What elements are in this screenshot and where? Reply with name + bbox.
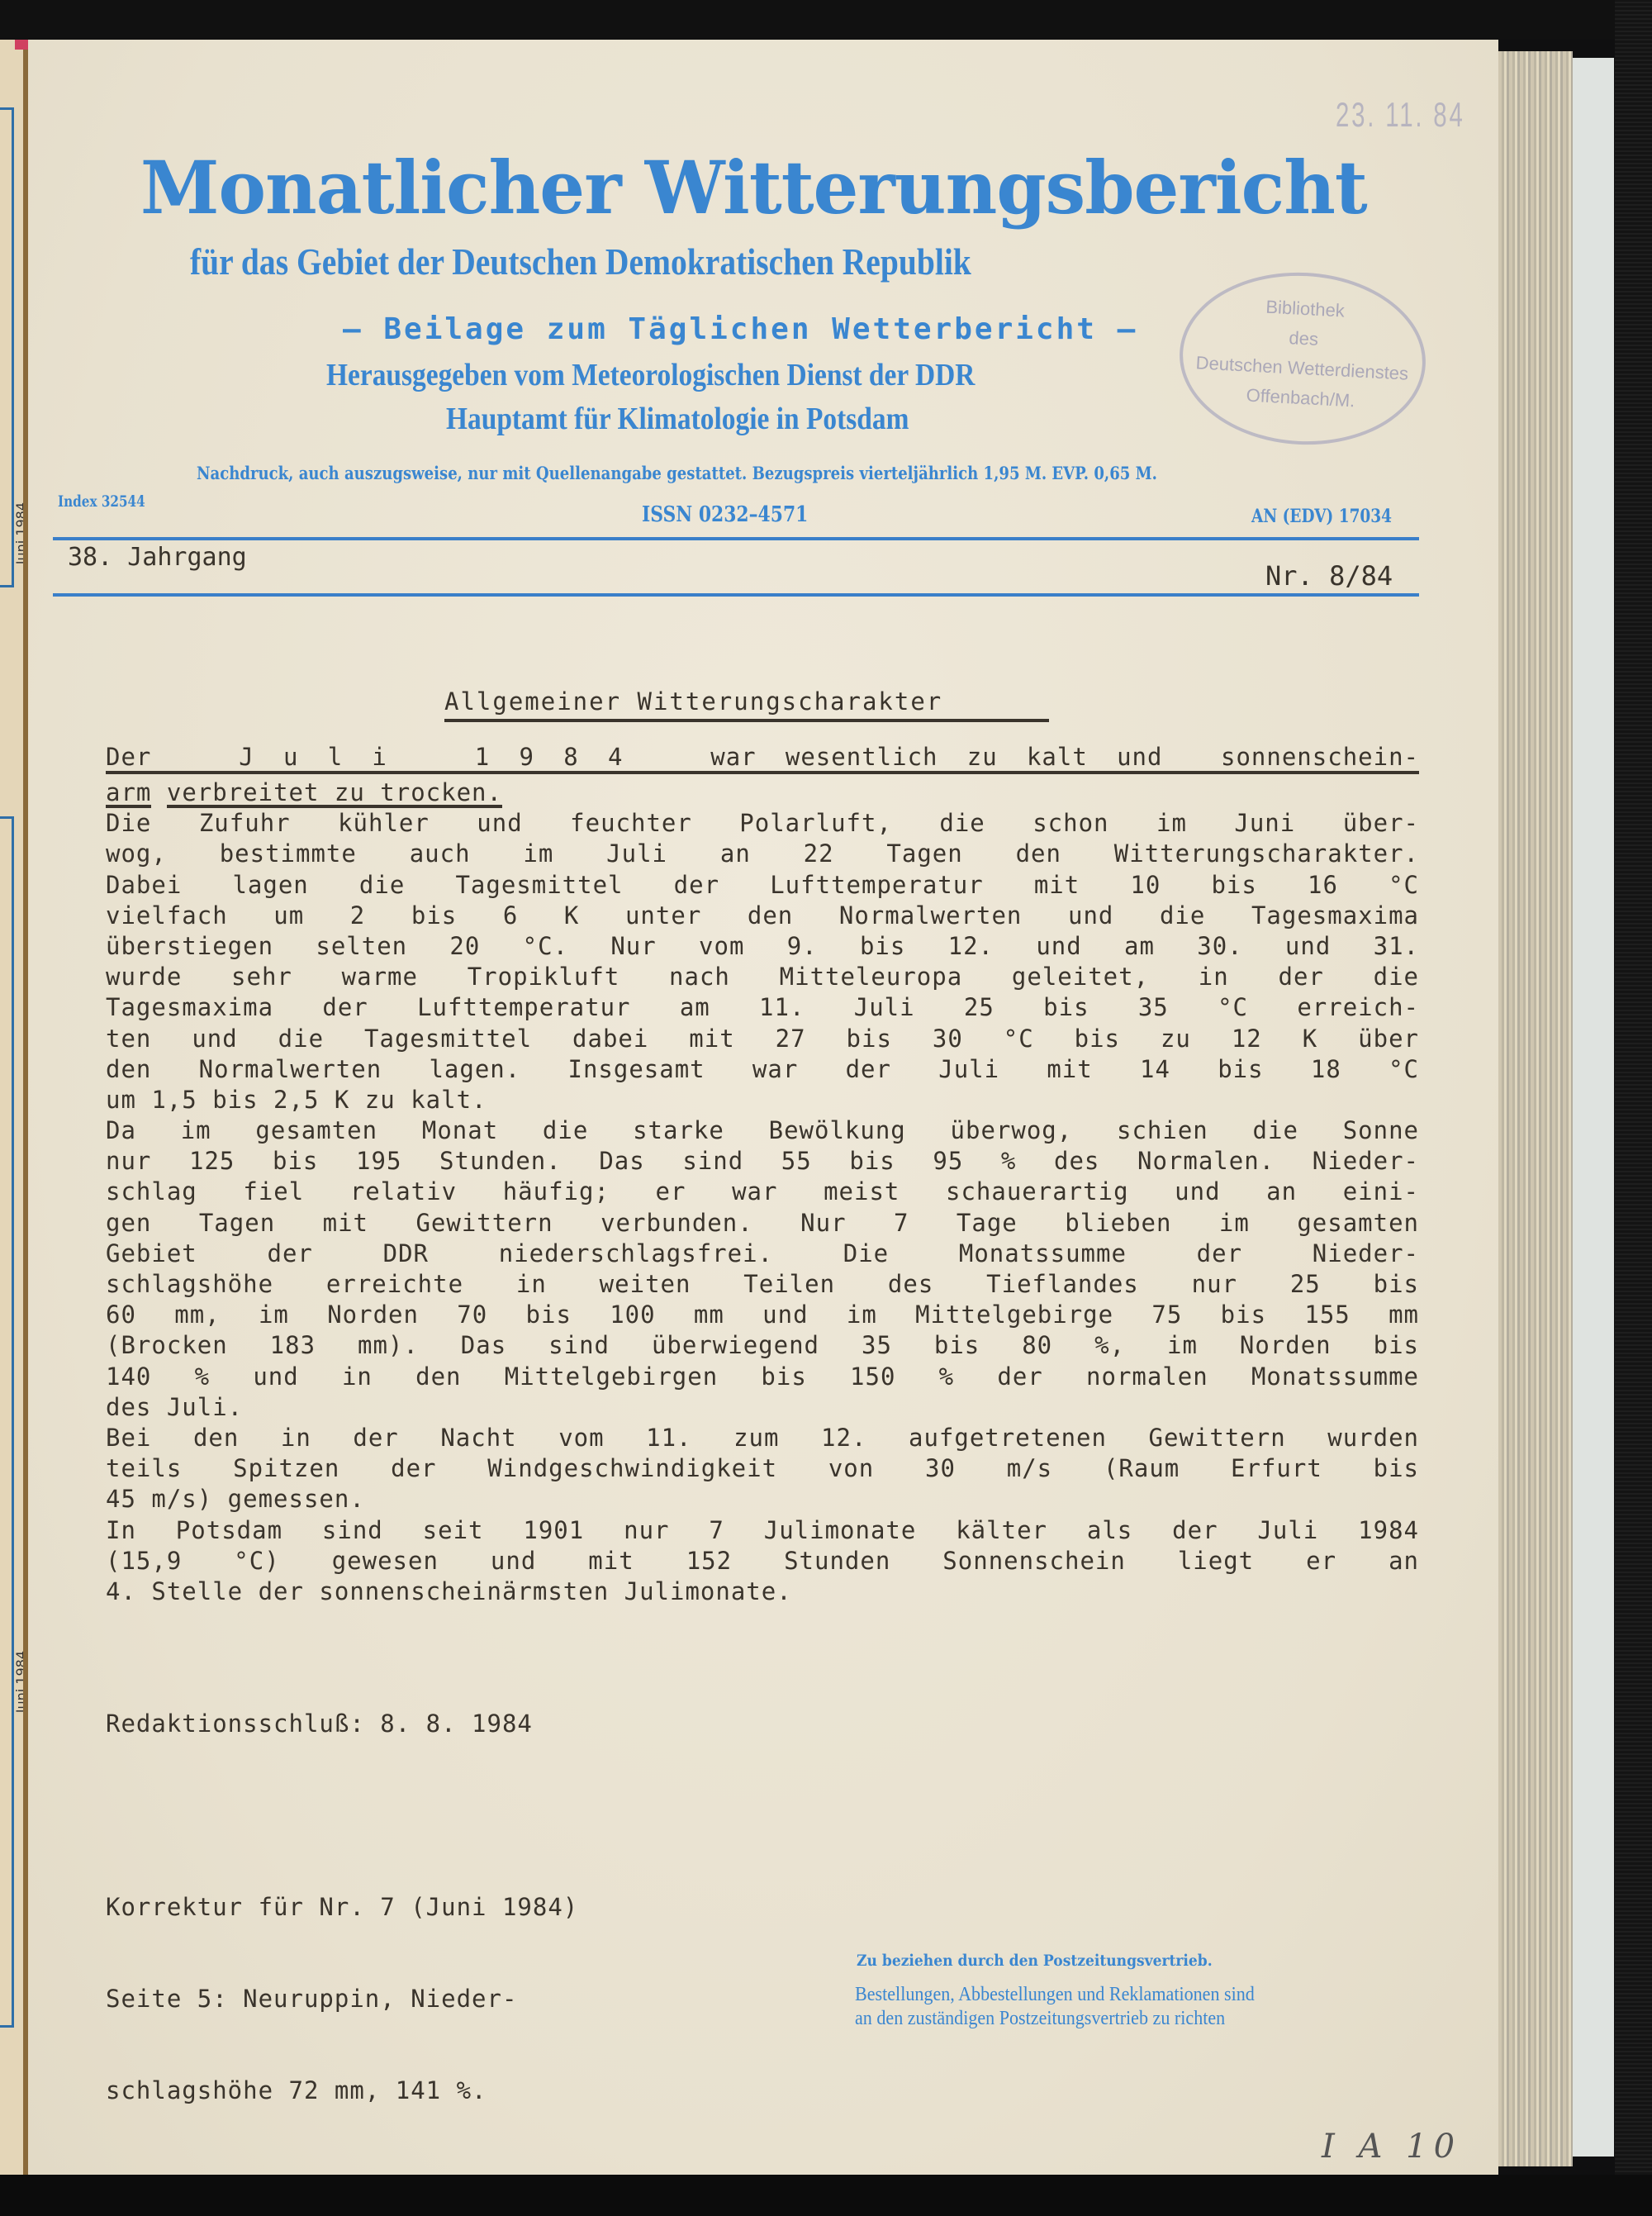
body-line: schlag fiel relativ häufig; er war meist… bbox=[106, 1177, 1419, 1207]
lead-sentence: Der J u l i 1 9 8 4 war wesentlich zu ka… bbox=[106, 744, 1419, 774]
book-binding-right bbox=[1615, 0, 1652, 2216]
volume-label: 38. Jahrgang bbox=[68, 543, 247, 572]
body-line: den Normalwerten lagen. Insgesamt war de… bbox=[106, 1054, 1419, 1085]
orders-line: an den zuständigen Postzeitungsvertrieb … bbox=[855, 2007, 1255, 2031]
body-line: wog, bestimmte auch im Juli an 22 Tagen … bbox=[106, 839, 1419, 869]
body-line: um 1,5 bis 2,5 K zu kalt. bbox=[106, 1085, 1419, 1115]
book-binding-bottom bbox=[0, 2175, 1652, 2216]
correction-line: Seite 5: Neuruppin, Nieder- bbox=[106, 1984, 578, 2014]
left-page-frame-top bbox=[0, 107, 14, 587]
body-line: Tagesmaxima der Lufttemperatur am 11. Ju… bbox=[106, 992, 1419, 1023]
lead-sentence-continued: arm verbreitet zu trocken. bbox=[106, 778, 1419, 808]
masthead-rule-bottom bbox=[53, 593, 1419, 597]
reprint-note: Nachdruck, auch auszugsweise, nur mit Qu… bbox=[197, 463, 1157, 483]
body-line: gen Tagen mit Gewittern verbunden. Nur 7… bbox=[106, 1208, 1419, 1239]
body-line: In Potsdam sind seit 1901 nur 7 Julimona… bbox=[106, 1515, 1419, 1546]
lead-underlined-phrase: verbreitet zu trocken. bbox=[167, 780, 502, 808]
body-line: Bei den in der Nacht vom 11. zum 12. auf… bbox=[106, 1423, 1419, 1453]
section-heading-underline bbox=[444, 719, 1049, 722]
body-line: Dabei lagen die Tagesmittel der Lufttemp… bbox=[106, 870, 1419, 901]
body-line: 140 % und in den Mittelgebirgen bis 150 … bbox=[106, 1362, 1419, 1392]
left-page-edge: Juni 1984 Juni 1984 bbox=[0, 40, 25, 2175]
issn-number: ISSN 0232–4571 bbox=[642, 502, 808, 527]
editorial-close: Redaktionsschluß: 8. 8. 1984 bbox=[106, 1709, 578, 1739]
correction-title: Korrektur für Nr. 7 (Juni 1984) bbox=[106, 1892, 578, 1923]
issue-number: Nr. 8/84 bbox=[1265, 560, 1393, 592]
body-line: ten und die Tagesmittel dabei mit 27 bis… bbox=[106, 1024, 1419, 1054]
office-line: Hauptamt für Klimatologie in Potsdam bbox=[446, 401, 909, 437]
orders-line: Bestellungen, Abbestellungen und Reklama… bbox=[855, 1983, 1255, 2007]
received-date-stamp: 23. 11. 84 bbox=[1336, 95, 1465, 135]
page-stack-edges bbox=[1498, 51, 1573, 2166]
body-line: wurde sehr warme Tropikluft nach Mittele… bbox=[106, 962, 1419, 992]
body-line: 60 mm, im Norden 70 bis 100 mm und im Mi… bbox=[106, 1300, 1419, 1330]
body-line: vielfach um 2 bis 6 K unter den Normalwe… bbox=[106, 901, 1419, 931]
publisher-line: Herausgegeben vom Meteorologischen Diens… bbox=[326, 357, 975, 393]
left-page-frame-bottom bbox=[0, 816, 14, 2028]
supplement-line: – Beilage zum Täglichen Wetterbericht – bbox=[343, 312, 1137, 346]
body-line: überstiegen selten 20 °C. Nur vom 9. bis… bbox=[106, 931, 1419, 962]
body-line: schlagshöhe erreichte in weiten Teilen d… bbox=[106, 1269, 1419, 1300]
subscription-note: Zu beziehen durch den Postzeitungsvertri… bbox=[857, 1952, 1213, 1970]
body-line: Da im gesamten Monat die starke Bewölkun… bbox=[106, 1115, 1419, 1146]
masthead-title: Monatlicher Witterungsbericht bbox=[140, 145, 1367, 231]
article-body: Der J u l i 1 9 8 4 war wesentlich zu ka… bbox=[106, 744, 1419, 1607]
index-number: Index 32544 bbox=[58, 492, 145, 511]
editorial-notes: Redaktionsschluß: 8. 8. 1984 Korrektur f… bbox=[106, 1648, 578, 2137]
body-line: 4. Stelle der sonnenscheinärmsten Julimo… bbox=[106, 1576, 1419, 1607]
body-line: (15,9 °C) gewesen und mit 152 Stunden So… bbox=[106, 1546, 1419, 1576]
body-line: nur 125 bis 195 Stunden. Das sind 55 bis… bbox=[106, 1146, 1419, 1177]
masthead-rule-top bbox=[53, 537, 1419, 540]
endpaper-edge bbox=[1573, 58, 1614, 2157]
book-binding-top bbox=[0, 0, 1652, 40]
body-line: 45 m/s) gemessen. bbox=[106, 1484, 1419, 1515]
body-line: (Brocken 183 mm). Das sind überwiegend 3… bbox=[106, 1330, 1419, 1361]
masthead-subtitle: für das Gebiet der Deutschen Demokratisc… bbox=[190, 240, 971, 283]
body-line: des Juli. bbox=[106, 1392, 1419, 1423]
section-heading: Allgemeiner Witterungscharakter bbox=[444, 687, 942, 716]
body-line: teils Spitzen der Windgeschwindigkeit vo… bbox=[106, 1453, 1419, 1484]
orders-note: Bestellungen, Abbestellungen und Reklama… bbox=[855, 1983, 1255, 2031]
correction-line: schlagshöhe 72 mm, 141 %. bbox=[106, 2076, 578, 2106]
body-line: Die Zufuhr kühler und feuchter Polarluft… bbox=[106, 808, 1419, 839]
an-edv-number: AN (EDV) 17034 bbox=[1251, 506, 1392, 527]
pencil-shelfmark: I A 10 bbox=[1322, 2128, 1461, 2166]
body-line: Gebiet der DDR niederschlagsfrei. Die Mo… bbox=[106, 1239, 1419, 1269]
lead-underlined-word: arm bbox=[106, 780, 151, 808]
